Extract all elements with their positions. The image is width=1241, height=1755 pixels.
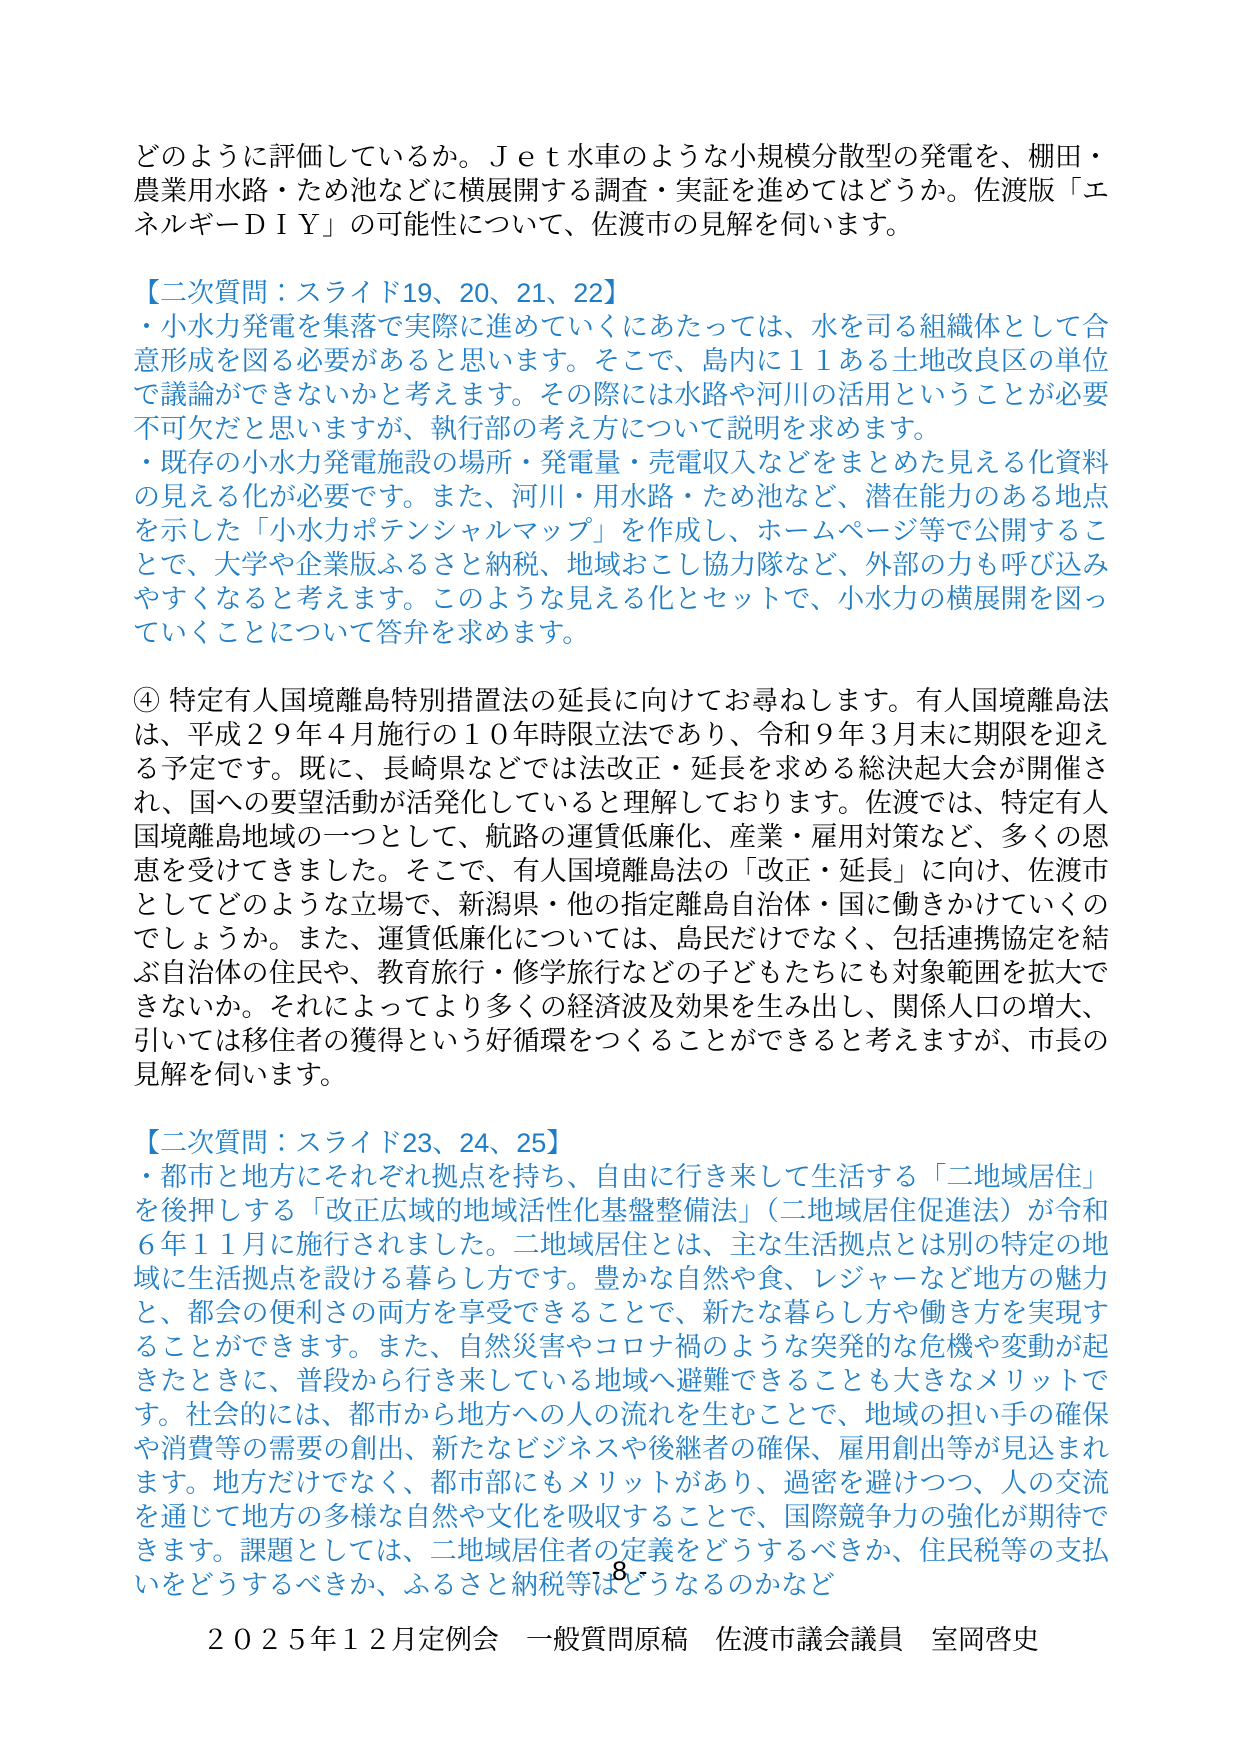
secondary-question-section-1: 【二次質問：スライド19、20、21、22】 ・小水力発電を集落で実際に進めてい… (133, 276, 1109, 650)
secondary-question-1-heading: 【二次質問：スライド19、20、21、22】 (133, 276, 1109, 310)
secondary-question-2-bullet-1: ・都市と地方にそれぞれ拠点を持ち、自由に行き来して生活する「二地域居住」を後押し… (133, 1160, 1109, 1602)
secondary-question-1-bullet-2: ・既存の小水力発電施設の場所・発電量・売電収入などをまとめた見える化資料の見える… (133, 446, 1109, 650)
page-number: - 8 - (0, 1556, 1241, 1587)
document-body: どのように評価しているか。Ｊｅｔ水車のような小規模分散型の発電を、棚田・農業用水… (133, 140, 1109, 1636)
document-footer: ２０２５年１２月定例会 一般質問原稿 佐渡市議会議員 室岡啓史 (0, 1618, 1241, 1657)
secondary-question-2-heading: 【二次質問：スライド23、24、25】 (133, 1126, 1109, 1160)
paragraph-energy-diy: どのように評価しているか。Ｊｅｔ水車のような小規模分散型の発電を、棚田・農業用水… (133, 140, 1109, 242)
paragraph-question-4: ④ 特定有人国境離島特別措置法の延長に向けてお尋ねします。有人国境離島法は、平成… (133, 684, 1109, 1092)
secondary-question-1-bullet-1: ・小水力発電を集落で実際に進めていくにあたっては、水を司る組織体として合意形成を… (133, 310, 1109, 446)
secondary-question-section-2: 【二次質問：スライド23、24、25】 ・都市と地方にそれぞれ拠点を持ち、自由に… (133, 1126, 1109, 1602)
